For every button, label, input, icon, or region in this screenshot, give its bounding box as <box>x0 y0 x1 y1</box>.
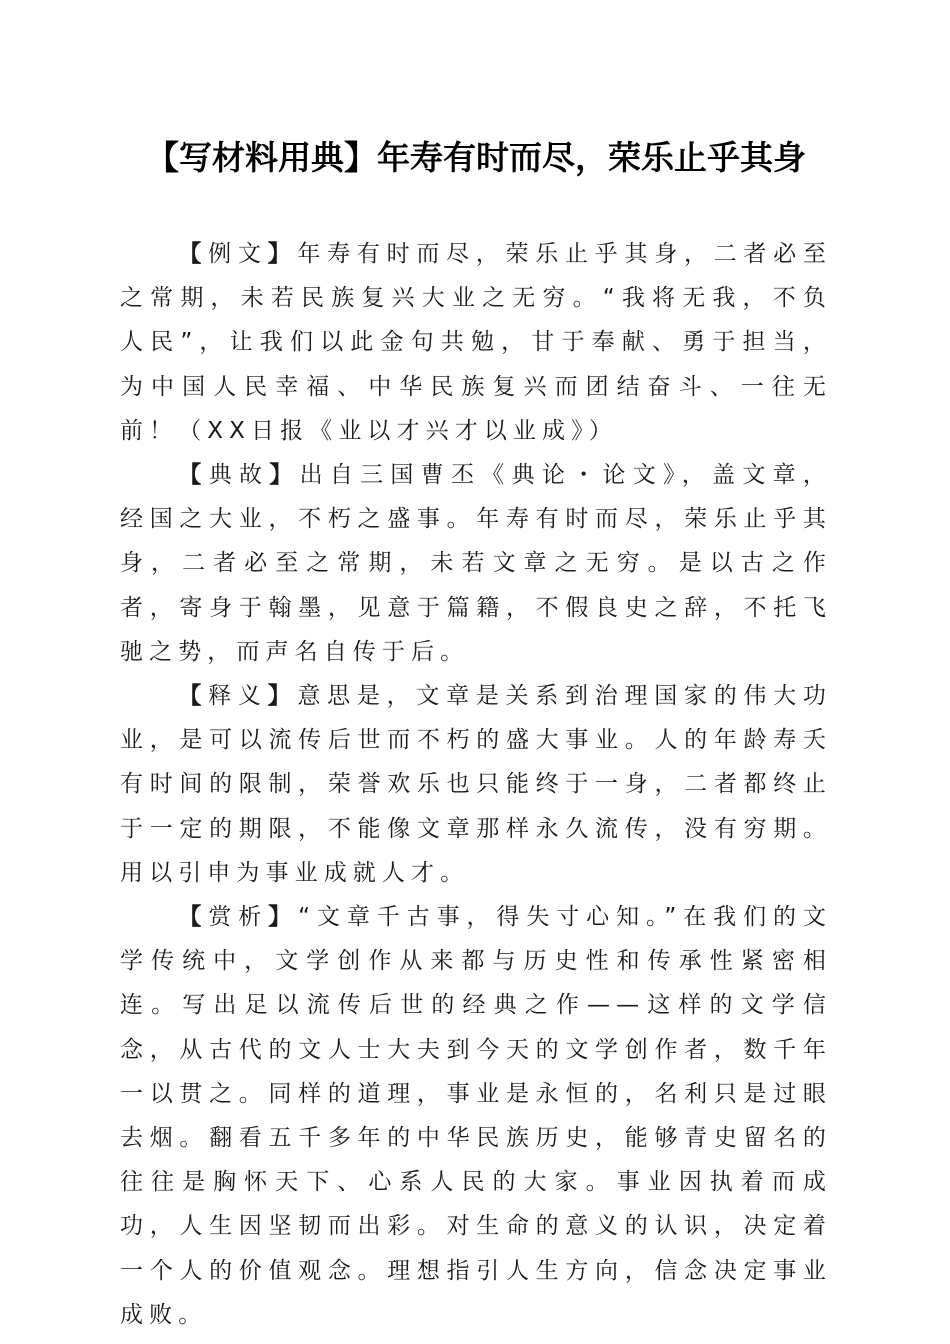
document-body: 【例文】年寿有时而尽，荣乐止乎其身，二者必至之常期，未若民族复兴大业之无穷。“我… <box>120 232 832 1337</box>
label-text: 例文 <box>208 241 267 267</box>
label-text: 典故 <box>209 462 270 488</box>
section-meaning: 【释义】意思是，文章是关系到治理国家的伟大功业，是可以流传后世而不朽的盛大事业。… <box>120 674 832 895</box>
section-example: 【例文】年寿有时而尽，荣乐止乎其身，二者必至之常期，未若民族复兴大业之无穷。“我… <box>120 232 832 453</box>
bracket-close: 】 <box>269 462 299 488</box>
bracket-close: 】 <box>268 241 298 267</box>
bracket-open: 【 <box>178 241 208 267</box>
section-label: 【典故】 <box>178 462 299 488</box>
label-text: 释义 <box>208 683 267 709</box>
section-label: 【例文】 <box>178 241 297 267</box>
section-text: “文章千古事，得失寸心知。”在我们的文学传统中，文学创作从来都与历史性和传承性紧… <box>120 904 832 1328</box>
bracket-close: 】 <box>268 683 298 709</box>
section-label: 【赏析】 <box>178 904 298 930</box>
section-text: 出自三国曹丕《典论・论文》，盖文章，经国之大业，不朽之盛事。年寿有时而尽，荣乐止… <box>120 462 832 665</box>
bracket-open: 【 <box>178 683 208 709</box>
bracket-open: 【 <box>178 462 208 488</box>
section-label: 【释义】 <box>178 683 297 709</box>
bracket-close: 】 <box>268 904 298 930</box>
label-text: 赏析 <box>208 904 268 930</box>
section-text: 意思是，文章是关系到治理国家的伟大功业，是可以流传后世而不朽的盛大事业。人的年龄… <box>120 683 832 886</box>
section-text: 年寿有时而尽，荣乐止乎其身，二者必至之常期，未若民族复兴大业之无穷。“我将无我，… <box>120 241 832 444</box>
section-appreciation: 【赏析】“文章千古事，得失寸心知。”在我们的文学传统中，文学创作从来都与历史性和… <box>120 895 832 1337</box>
bracket-open: 【 <box>178 904 208 930</box>
section-allusion: 【典故】出自三国曹丕《典论・论文》，盖文章，经国之大业，不朽之盛事。年寿有时而尽… <box>120 453 832 674</box>
document-title: 【写材料用典】年寿有时而尽，荣乐止乎其身 <box>120 134 832 182</box>
